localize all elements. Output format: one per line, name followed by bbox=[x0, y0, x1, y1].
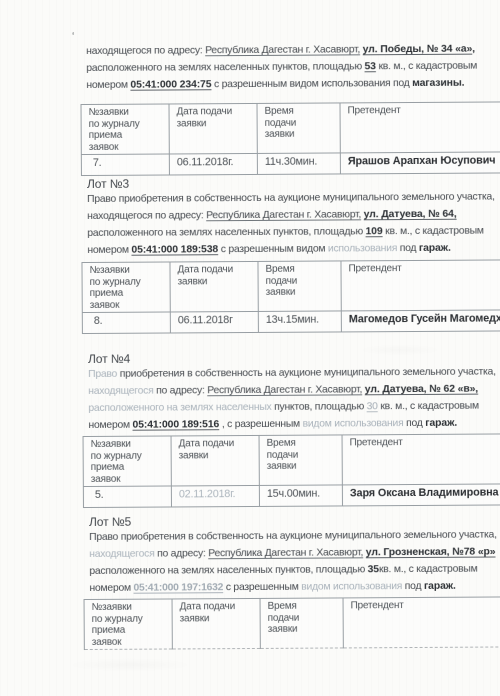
column-header: Время подачи заявки bbox=[259, 435, 342, 486]
bold-text: 35 bbox=[368, 564, 379, 575]
lot-section: Лот №5Право приобретения в собственность… bbox=[0, 0, 498, 2]
text-run: , с разрешенным bbox=[219, 419, 302, 431]
table-cell: 06.11.2018г bbox=[170, 311, 258, 333]
table-row: 5.02.11.2018г.15ч.00мин.Заря Оксана Влад… bbox=[83, 484, 500, 508]
table-body: 7.06.11.2018г.11ч.30мин.Ярашов Арапхан Ю… bbox=[81, 152, 500, 176]
lot-heading: Лот №3 bbox=[87, 177, 129, 191]
text-run: Право bbox=[88, 369, 117, 380]
text-run: Право приобретения в собственность на ау… bbox=[87, 192, 495, 205]
text-run: видом использования bbox=[301, 581, 402, 593]
text-run: номером bbox=[89, 583, 133, 594]
text-run: под bbox=[397, 243, 419, 254]
underlined-text: 05:41:000 234:75 bbox=[130, 79, 211, 90]
lot-section: находящегося по адресу: Республика Дагес… bbox=[0, 0, 498, 2]
table-cell: 8. bbox=[82, 312, 170, 334]
column-header: №заявки по журналу приема заявок bbox=[83, 436, 171, 487]
scanned-document-page: ‘ находящегося по адресу: Республика Даг… bbox=[0, 0, 500, 696]
underlined-text: ул. Победы, № 34 «а» bbox=[363, 44, 473, 56]
text-run: под bbox=[402, 581, 424, 592]
underlined-text: 05:41:000 189:538 bbox=[131, 244, 218, 256]
underlined-text: 05:41:000 197:1632 bbox=[133, 582, 223, 594]
table-cell: 02.11.2018г. bbox=[171, 485, 259, 507]
text-run: видом использования bbox=[303, 418, 404, 430]
table-row: 7.06.11.2018г.11ч.30мин.Ярашов Арапхан Ю… bbox=[81, 152, 500, 176]
text-run: с разрешенным bbox=[223, 582, 301, 593]
table-header-row: №заявки по журналу приема заявокДата под… bbox=[81, 102, 500, 155]
column-header: Дата подачи заявки bbox=[172, 598, 260, 649]
column-header: Претендент bbox=[343, 597, 500, 648]
underlined-text: ул. Датуева, № 62 «в», bbox=[365, 384, 478, 396]
table-row: 8.06.11.2018г13ч.15мин.Магомедов Гусейн … bbox=[82, 310, 500, 334]
underlined-text: Республика Дагестан г. Хасавюрт, bbox=[208, 547, 363, 559]
lot-description: Право приобретения в собственность на ау… bbox=[87, 189, 495, 259]
underlined-text: Республика Дагестан г. Хасавюрт, bbox=[205, 44, 360, 56]
table-body: 5.02.11.2018г.15ч.00мин.Заря Оксана Влад… bbox=[83, 484, 500, 508]
paragraph-line: номером 05:41:000 197:1632 с разрешенным… bbox=[89, 577, 497, 596]
bold-text: гараж. bbox=[419, 243, 451, 254]
text-run: приобретения в собственность на аукционе… bbox=[117, 366, 496, 379]
text-run: расположенного на землях населенных пунк… bbox=[86, 61, 364, 74]
text-run: номером bbox=[87, 245, 131, 256]
text-run: кв. м., с кадастровым bbox=[378, 401, 479, 413]
column-header: №заявки по журналу приема заявок bbox=[81, 104, 169, 155]
bold-text: гараж. bbox=[424, 581, 456, 592]
text-run: под bbox=[403, 418, 425, 429]
paragraph-line: номером 05:41:000 189:538 с разрешенным … bbox=[87, 239, 495, 258]
scan-speck: ‘ bbox=[72, 31, 74, 42]
underlined-text: 53 bbox=[365, 61, 376, 72]
column-header: Время подачи заявки bbox=[258, 261, 341, 312]
text-run: кв. м., с кадастровым bbox=[383, 226, 484, 238]
text-run: находящегося по адресу: bbox=[87, 210, 206, 222]
column-header: Время подачи заявки bbox=[257, 103, 340, 154]
lot-description: Право приобретения в собственность на ау… bbox=[88, 363, 496, 433]
paragraph-line: номером 05:41:000 189:516 , с разрешенны… bbox=[88, 414, 496, 433]
text-run: номером bbox=[88, 420, 132, 431]
bold-text: гараж. bbox=[425, 418, 457, 429]
applications-table: №заявки по журналу приема заявокДата под… bbox=[83, 433, 500, 508]
text-run: расположенного на землях населенных bbox=[88, 402, 274, 414]
text-run: находящегося bbox=[89, 549, 154, 560]
table-cell: 15ч.00мин. bbox=[259, 485, 342, 507]
underlined-text: 30 bbox=[367, 401, 378, 412]
underlined-text: ул. Грозненская, №78 «р» bbox=[366, 547, 496, 559]
applications-table: №заявки по журналу приема заявокДата под… bbox=[81, 259, 500, 334]
bold-text: , bbox=[472, 44, 475, 55]
text-run: пунктов, площадью bbox=[274, 401, 367, 413]
table-body: 8.06.11.2018г13ч.15мин.Магомедов Гусейн … bbox=[82, 310, 500, 334]
paragraph-line: номером 05:41:000 234:75 с разрешенным в… bbox=[86, 75, 494, 94]
table-header-row: №заявки по журналу приема заявокДата под… bbox=[82, 260, 500, 313]
underlined-text: ул. Датуева, № 64, bbox=[364, 209, 457, 221]
text-run: по адресу: bbox=[153, 385, 207, 396]
table-cell: Ярашов Арапхан Юсупович bbox=[340, 152, 500, 174]
column-header: Дата подачи заявки bbox=[171, 435, 259, 486]
column-header: №заявки по журналу приема заявок bbox=[84, 599, 172, 650]
text-run: номером bbox=[86, 80, 130, 91]
underlined-text: 109 bbox=[366, 226, 383, 237]
underlined-text: Республика Дагестан г. Хасавюрт, bbox=[207, 384, 362, 396]
table-header-row: №заявки по журналу приема заявокДата под… bbox=[84, 597, 500, 650]
applications-table: №заявки по журналу приема заявокДата под… bbox=[84, 596, 500, 650]
text-run: использования bbox=[328, 243, 397, 254]
lot-heading: Лот №5 bbox=[89, 515, 131, 529]
table-cell: 06.11.2018г. bbox=[169, 153, 257, 175]
table-cell: 5. bbox=[83, 486, 171, 508]
underlined-text: Республика Дагестан г. Хасавюрт, bbox=[206, 209, 361, 221]
text-run: находящегося bbox=[88, 386, 153, 397]
lot-description: Право приобретения в собственность на ау… bbox=[89, 526, 497, 596]
table-cell: Заря Оксана Владимировна bbox=[342, 484, 500, 506]
column-header: Дата подачи заявки bbox=[169, 103, 257, 154]
table-cell: Магомедов Гусейн Магомедханович bbox=[341, 310, 500, 332]
column-header: Претендент bbox=[342, 434, 500, 485]
text-run: находящегося по адресу: bbox=[86, 45, 205, 57]
text-run: кв. м., с кадастровым bbox=[376, 61, 477, 73]
lot-section: Лот №3Право приобретения в собственность… bbox=[0, 0, 498, 2]
text-run: кв. м., с кадастровым bbox=[379, 564, 478, 576]
text-run: Право приобретения в собственность на ау… bbox=[89, 529, 497, 542]
lot-heading: Лот №4 bbox=[88, 352, 130, 366]
underlined-text: 05:41:000 189:516 bbox=[132, 419, 219, 431]
column-header: Претендент bbox=[340, 102, 500, 153]
table-header-row: №заявки по журналу приема заявокДата под… bbox=[83, 434, 500, 487]
text-run: с разрешенным видом bbox=[218, 244, 328, 256]
text-run: расположенного на землях населенных пунк… bbox=[89, 564, 367, 577]
column-header: Претендент bbox=[341, 260, 500, 311]
column-header: Время подачи заявки bbox=[260, 598, 343, 649]
text-run: с разрешенным видом использования под bbox=[211, 78, 412, 90]
bold-text: магазины. bbox=[412, 78, 464, 89]
lot-description: находящегося по адресу: Республика Дагес… bbox=[86, 41, 494, 94]
table-cell: 11ч.30мин. bbox=[257, 153, 340, 175]
text-run: расположенного на землях населенных пунк… bbox=[87, 226, 365, 239]
column-header: Дата подачи заявки bbox=[170, 261, 258, 312]
applications-table: №заявки по журналу приема заявокДата под… bbox=[81, 101, 500, 176]
table-cell: 7. bbox=[81, 154, 169, 176]
column-header: №заявки по журналу приема заявок bbox=[82, 262, 170, 313]
text-run: по адресу: bbox=[154, 548, 208, 559]
lot-section: Лот №4Право приобретения в собственность… bbox=[0, 0, 498, 2]
table-cell: 13ч.15мин. bbox=[258, 311, 341, 333]
